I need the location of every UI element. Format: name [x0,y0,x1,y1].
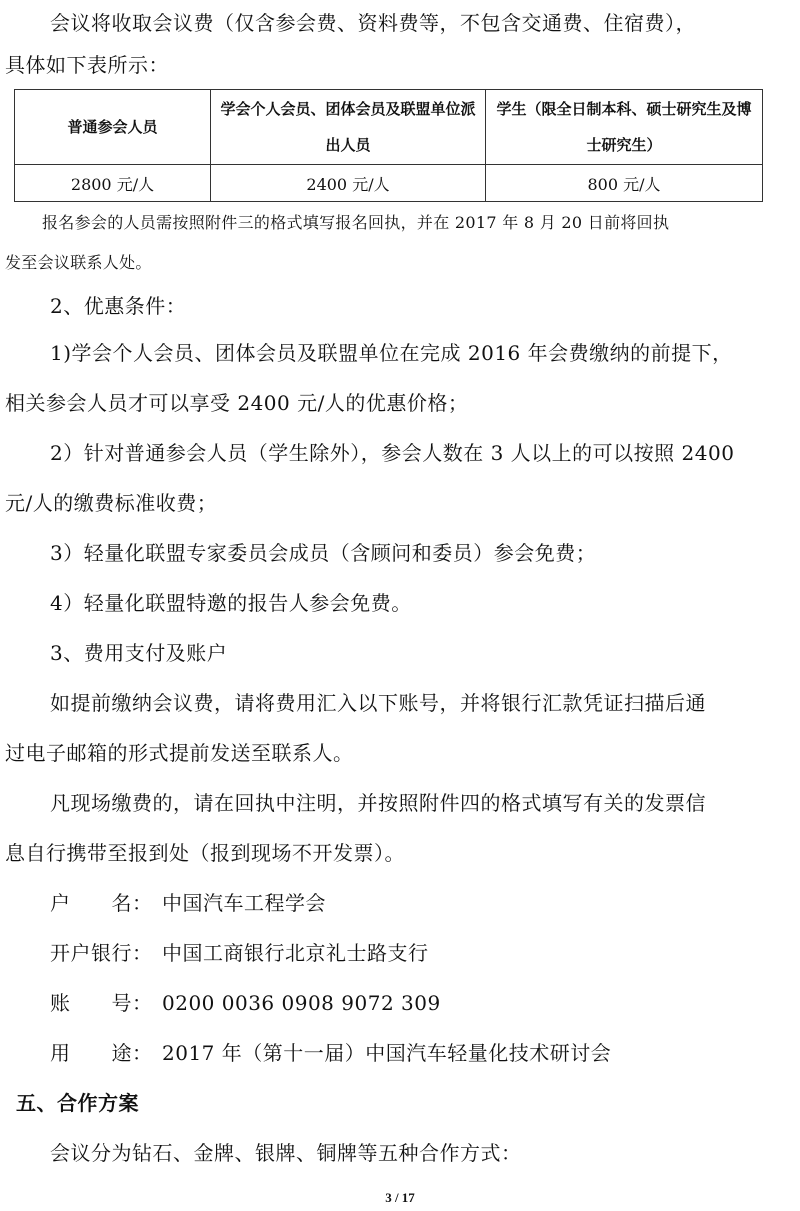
account-name-value: 中国汽车工程学会 [162,891,326,915]
section-5-text: 会议分为钻石、金牌、银牌、铜牌等五种合作方式： [50,1140,522,1166]
account-name-label: 户 名： [50,890,162,916]
account-number-row: 账 号：0200 0036 0908 9072 309 [50,990,441,1016]
registration-line-1: 报名参会的人员需按照附件三的格式填写报名回执，并在 2017 年 8 月 20 … [42,210,669,236]
payment-para-2-line-2: 息自行携带至报到处（报到现场不开发票）。 [5,840,405,866]
fee-header-member: 学会个人会员、团体会员及联盟单位派出人员 [211,90,486,165]
intro-line-1: 会议将收取会议费（仅含参会费、资料费等，不包含交通费、住宿费）， [50,10,696,36]
account-purpose-value: 2017 年（第十一届）中国汽车轻量化技术研讨会 [162,1041,611,1065]
payment-para-1-line-2: 过电子邮箱的形式提前发送至联系人。 [5,740,354,766]
discount-item-4: 4）轻量化联盟特邀的报告人参会免费。 [50,590,412,616]
discount-item-1-line-1: 1)学会个人会员、团体会员及联盟单位在完成 2016 年会费缴纳的前提下， [50,340,733,366]
fee-table-value-row: 2800 元/人 2400 元/人 800 元/人 [15,165,763,202]
fee-table-header-row: 普通参会人员 学会个人会员、团体会员及联盟单位派出人员 学生（限全日制本科、硕士… [15,90,763,165]
intro-line-2: 具体如下表所示： [5,52,169,78]
fee-header-general: 普通参会人员 [15,90,211,165]
discount-item-1-line-2: 相关参会人员才可以享受 2400 元/人的优惠价格； [5,390,468,416]
fee-value-member: 2400 元/人 [211,165,486,202]
fee-value-student: 800 元/人 [486,165,763,202]
page-number: 3 / 17 [0,1190,800,1206]
discount-item-2-line-1: 2）针对普通参会人员（学生除外），参会人数在 3 人以上的可以按照 2400 [50,440,734,466]
payment-para-2-line-1: 凡现场缴费的，请在回执中注明，并按照附件四的格式填写有关的发票信 [50,790,706,816]
registration-line-2: 发至会议联系人处。 [5,250,152,276]
fee-header-student: 学生（限全日制本科、硕士研究生及博士研究生） [486,90,763,165]
fee-table: 普通参会人员 学会个人会员、团体会员及联盟单位派出人员 学生（限全日制本科、硕士… [14,89,763,202]
account-purpose-label: 用 途： [50,1040,162,1066]
discount-title: 2、优惠条件： [50,293,186,319]
account-bank-value: 中国工商银行北京礼士路支行 [162,941,429,965]
payment-title: 3、费用支付及账户 [50,640,227,666]
discount-item-2-line-2: 元/人的缴费标准收费； [5,490,217,516]
payment-para-1-line-1: 如提前缴纳会议费，请将费用汇入以下账号，并将银行汇款凭证扫描后通 [50,690,706,716]
account-bank-label: 开户银行： [50,940,162,966]
account-number-value: 0200 0036 0908 9072 309 [162,991,441,1015]
account-bank-row: 开户银行：中国工商银行北京礼士路支行 [50,940,429,966]
section-5-heading: 五、合作方案 [16,1090,139,1116]
discount-item-3: 3）轻量化联盟专家委员会成员（含顾问和委员）参会免费； [50,540,596,566]
account-name-row: 户 名：中国汽车工程学会 [50,890,326,916]
account-purpose-row: 用 途：2017 年（第十一届）中国汽车轻量化技术研讨会 [50,1040,611,1066]
fee-value-general: 2800 元/人 [15,165,211,202]
account-number-label: 账 号： [50,990,162,1016]
